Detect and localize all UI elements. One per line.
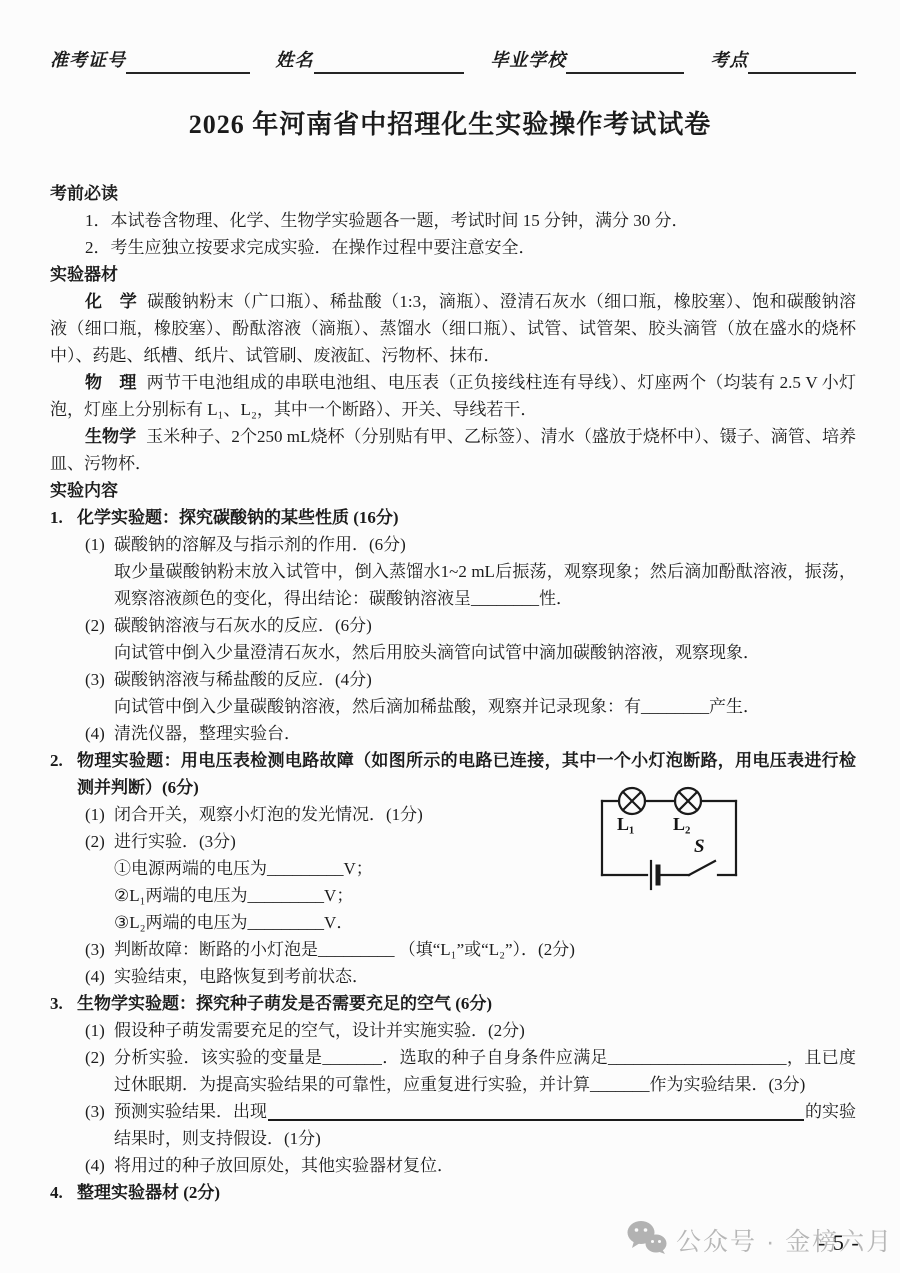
- pre-read-note-1: 1．本试卷含物理、化学、生物学实验题各一题，考试时间 15 分钟，满分 30 分…: [85, 207, 856, 234]
- q4-title-row: 4. 整理实验器材 (2分): [50, 1179, 856, 1206]
- content-heading: 实验内容: [50, 477, 856, 504]
- q1-item-2-title: 碳酸钠溶液与石灰水的反应．(6分): [114, 612, 856, 639]
- field-name: 姓名: [276, 46, 465, 74]
- chemistry-label: 化 学: [85, 292, 137, 311]
- q3-item-4: (4) 将用过的种子放回原处，其他实验器材复位．: [85, 1152, 856, 1179]
- q3-title: 生物学实验题：探究种子萌发是否需要充足的空气 (6分): [77, 990, 856, 1017]
- q1-item-1-title: 碳酸钠的溶解及与指示剂的作用．(6分): [114, 531, 856, 558]
- page-title: 2026 年河南省中招理化生实验操作考试试卷: [0, 104, 900, 141]
- wechat-icon: [626, 1220, 668, 1261]
- q1-item-4: (4) 清洗仪器，整理实验台．: [85, 720, 856, 747]
- physics-equipment-text: 两节干电池组成的串联电池组、电压表（正负接线柱连有导线）、灯座两个（均装有 2.…: [50, 373, 856, 419]
- exam-site-blank: [748, 54, 856, 74]
- biology-label: 生物学: [85, 427, 136, 446]
- school-label: 毕业学校: [490, 46, 566, 74]
- name-label: 姓名: [276, 46, 314, 74]
- q3-number: 3.: [50, 990, 77, 1017]
- q3-item-2: (2) 分析实验．该实验的变量是_______．选取的种子自身条件应满足____…: [85, 1044, 856, 1098]
- q3-item-2-title: 分析实验．该实验的变量是_______．选取的种子自身条件应满足________…: [114, 1044, 856, 1098]
- equipment-biology: 生物学玉米种子、2个250 mL烧杯（分别贴有甲、乙标签）、清水（盛放于烧杯中）…: [50, 423, 856, 477]
- q1-item-3-title: 碳酸钠溶液与稀盐酸的反应．(4分): [114, 666, 856, 693]
- physics-label: 物 理: [85, 373, 137, 392]
- q3-item-3-line2: 结果时，则支持假设．(1分): [114, 1125, 856, 1152]
- wechat-watermark-text: 公众号 · 金榜六月: [676, 1222, 893, 1258]
- q1-item-1: (1) 碳酸钠的溶解及与指示剂的作用．(6分) 取少量碳酸钠粉末放入试管中，倒入…: [85, 531, 856, 612]
- lamp-2-label: L₂: [673, 814, 690, 835]
- chemistry-equipment-text: 碳酸钠粉末（广口瓶）、稀盐酸（1:3，滴瓶）、澄清石灰水（细口瓶，橡胶塞）、饱和…: [50, 292, 856, 365]
- biology-equipment-text: 玉米种子、2个250 mL烧杯（分别贴有甲、乙标签）、清水（盛放于烧杯中）、镊子…: [50, 427, 856, 473]
- q1-item-2-detail: 向试管中倒入少量澄清石灰水，然后用胶头滴管向试管中滴加碳酸钠溶液，观察现象．: [114, 639, 856, 666]
- circuit-wires-icon: [593, 786, 745, 892]
- q3-item-3-fill-line: 预测实验结果．出现 的实验: [114, 1098, 856, 1125]
- name-blank: [314, 54, 465, 74]
- pre-read-heading: 考前必读: [50, 180, 856, 207]
- q1-title-row: 1. 化学实验题：探究碳酸钠的某些性质 (16分): [50, 504, 856, 531]
- q1-item-3-detail: 向试管中倒入少量碳酸钠溶液，然后滴加稀盐酸，观察并记录现象：有________产…: [114, 693, 856, 720]
- field-school: 毕业学校: [490, 46, 684, 74]
- q1-number: 1.: [50, 504, 77, 531]
- pre-read-note-2: 2．考生应独立按要求完成实验．在操作过程中要注意安全．: [85, 234, 856, 261]
- field-exam-site: 考点: [710, 46, 856, 74]
- q2-item-4: (4) 实验结束，电路恢复到考前状态．: [85, 963, 856, 990]
- q3-item-3: (3) 预测实验结果．出现 的实验 结果时，则支持假设．(1分): [85, 1098, 856, 1152]
- equipment-physics: 物 理两节干电池组成的串联电池组、电压表（正负接线柱连有导线）、灯座两个（均装有…: [50, 369, 856, 423]
- q3-item-3-suffix: 的实验: [805, 1098, 856, 1125]
- q3-title-row: 3. 生物学实验题：探究种子萌发是否需要充足的空气 (6分): [50, 990, 856, 1017]
- q1-item-2: (2) 碳酸钠溶液与石灰水的反应．(6分) 向试管中倒入少量澄清石灰水，然后用胶…: [85, 612, 856, 666]
- q1-item-3: (3) 碳酸钠溶液与稀盐酸的反应．(4分) 向试管中倒入少量碳酸钠溶液，然后滴加…: [85, 666, 856, 720]
- equipment-chemistry: 化 学碳酸钠粉末（广口瓶）、稀盐酸（1:3，滴瓶）、澄清石灰水（细口瓶，橡胶塞）…: [50, 288, 856, 369]
- answer-blank-line: [268, 1119, 804, 1121]
- q4-title: 整理实验器材 (2分): [77, 1179, 856, 1206]
- page-number: - 5 -: [818, 1230, 860, 1256]
- q1-item-1-detail: 取少量碳酸钠粉末放入试管中，倒入蒸馏水1~2 mL后振荡，观察现象；然后滴加酚酞…: [114, 558, 856, 612]
- q3-item-4-title: 将用过的种子放回原处，其他实验器材复位．: [114, 1152, 856, 1179]
- admission-number-blank: [126, 54, 250, 74]
- q2-number: 2.: [50, 747, 77, 801]
- admission-number-label: 准考证号: [50, 46, 126, 74]
- lamp-1-label: L₁: [617, 814, 634, 835]
- exam-body: 考前必读 1．本试卷含物理、化学、生物学实验题各一题，考试时间 15 分钟，满分…: [50, 180, 856, 1206]
- q3-item-1: (1) 假设种子萌发需要充足的空气，设计并实施实验．(2分): [85, 1017, 856, 1044]
- q3-item-3-prefix: 预测实验结果．出现: [114, 1098, 267, 1125]
- q2-step-3: ③L₂两端的电压为_________V．: [114, 909, 856, 936]
- q3-item-1-title: 假设种子萌发需要充足的空气，设计并实施实验．(2分): [114, 1017, 856, 1044]
- field-admission-number: 准考证号: [50, 46, 250, 74]
- q1-item-4-title: 清洗仪器，整理实验台．: [114, 720, 856, 747]
- exam-paper-page: 准考证号 姓名 毕业学校 考点 2026 年河南省中招理化生实验操作考试试卷 考…: [0, 0, 900, 1273]
- switch-label: S: [694, 836, 705, 858]
- equipment-heading: 实验器材: [50, 261, 856, 288]
- q2-item-3: (3) 判断故障：断路的小灯泡是_________ （填“L₁”或“L₂”）．(…: [85, 936, 856, 963]
- q4-number: 4.: [50, 1179, 77, 1206]
- q2-item-3-title: 判断故障：断路的小灯泡是_________ （填“L₁”或“L₂”）．(2分): [114, 936, 856, 963]
- q2-item-4-title: 实验结束，电路恢复到考前状态．: [114, 963, 856, 990]
- q1-title: 化学实验题：探究碳酸钠的某些性质 (16分): [77, 504, 856, 531]
- circuit-diagram: L₁ L₂ S: [593, 786, 745, 892]
- candidate-info-header: 准考证号 姓名 毕业学校 考点: [50, 46, 856, 74]
- school-blank: [566, 54, 684, 74]
- exam-site-label: 考点: [710, 46, 748, 74]
